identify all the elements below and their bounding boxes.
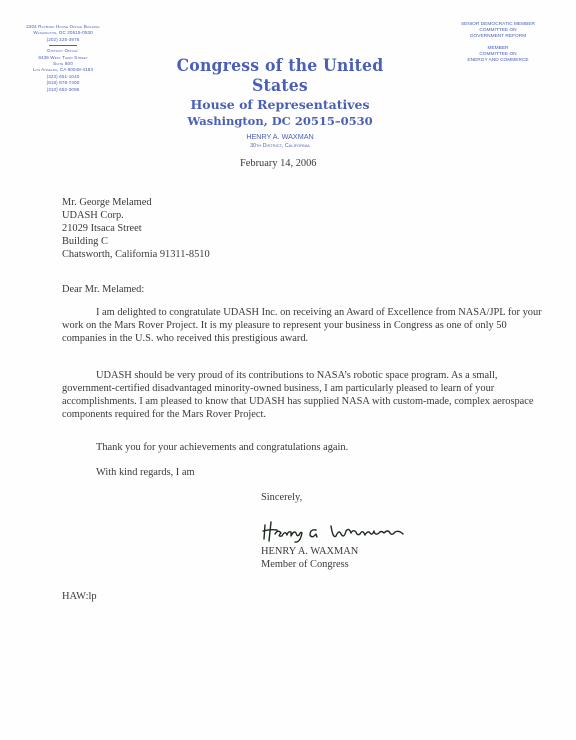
- recipient-line: UDASH Corp.: [62, 209, 210, 222]
- body-paragraph: Thank you for your achievements and cong…: [62, 441, 542, 454]
- address-divider: [49, 45, 77, 46]
- body-paragraph: I am delighted to congratulate UDASH Inc…: [62, 306, 542, 345]
- paragraph-text: I am delighted to congratulate UDASH Inc…: [62, 307, 542, 344]
- recipient-line: Mr. George Melamed: [62, 196, 210, 209]
- letterhead-district: 30th District, California: [140, 142, 420, 150]
- recipient-line: Building C: [62, 235, 210, 248]
- letterhead-city: Washington, DC 20515–0530: [140, 113, 420, 130]
- dc-office-address: 2204 Rayburn House Office Building Washi…: [8, 24, 118, 93]
- body-paragraph: With kind regards, I am: [62, 466, 542, 479]
- address-line: (310) 652-3095: [8, 87, 118, 93]
- recipient-line: Chatsworth, California 91311-8510: [62, 248, 210, 261]
- letter-page: 2204 Rayburn House Office Building Washi…: [0, 0, 576, 740]
- letterhead-title: Congress of the United States: [147, 56, 413, 96]
- signer-name: HENRY A. WAXMAN: [261, 545, 358, 558]
- address-line: (202) 225-3976: [8, 37, 118, 43]
- closing: Sincerely,: [261, 491, 302, 504]
- letter-date: February 14, 2006: [240, 157, 316, 170]
- letterhead-subtitle: House of Representatives: [140, 96, 420, 113]
- recipient-line: 21029 Itsaca Street: [62, 222, 210, 235]
- signer-title: Member of Congress: [261, 558, 349, 571]
- handwritten-signature: [261, 517, 421, 543]
- reference-initials: HAW:lp: [62, 590, 97, 603]
- letterhead: Congress of the United States House of R…: [140, 56, 420, 150]
- salutation: Dear Mr. Melamed:: [62, 283, 144, 296]
- paragraph-text: UDASH should be very proud of its contri…: [62, 370, 534, 420]
- body-paragraph: UDASH should be very proud of its contri…: [62, 369, 542, 421]
- paragraph-text: With kind regards, I am: [96, 467, 195, 478]
- recipient-address: Mr. George Melamed UDASH Corp. 21029 Its…: [62, 196, 210, 261]
- committee-assignments: Senior Democratic Member Committee on Go…: [428, 22, 568, 64]
- paragraph-text: Thank you for your achievements and cong…: [96, 442, 348, 453]
- committee-line: Energy and Commerce: [428, 58, 568, 64]
- letterhead-member-name: HENRY A. WAXMAN: [140, 132, 420, 142]
